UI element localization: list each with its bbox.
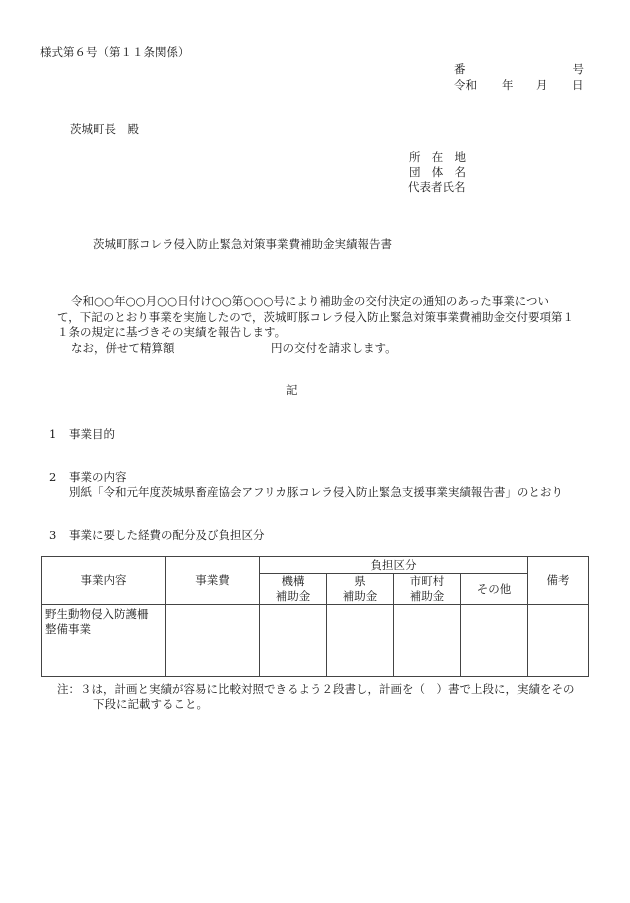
expense-table: 事業内容 事業費 負担区分 備考 機構補助金 県補助金 市町村補助金 その他 野… xyxy=(41,556,589,677)
header-burden-group: 負担区分 xyxy=(260,557,528,574)
body-line-4a: なお，併せて精算額 xyxy=(71,341,175,356)
cell-shichoson xyxy=(394,605,461,677)
header-shichoson: 市町村補助金 xyxy=(394,574,461,605)
body-line-3: １条の規定に基づきその実績を報告します。 xyxy=(57,325,286,340)
addressee: 茨城町長 殿 xyxy=(70,122,139,137)
cell-remarks xyxy=(528,605,589,677)
document-title: 茨城町豚コレラ侵入防止緊急対策事業費補助金実績報告書 xyxy=(93,237,392,252)
header-ken: 県補助金 xyxy=(327,574,394,605)
date-month: 月 xyxy=(536,78,548,93)
section-1-title: 事業目的 xyxy=(69,427,115,442)
applicant-address-label: 所 在 地 xyxy=(409,150,466,165)
number-line: 番 号 xyxy=(454,62,584,77)
section-2-detail: 別紙「令和元年度茨城県畜産協会アフリカ豚コレラ侵入防止緊急支援事業実績報告書」の… xyxy=(69,485,563,500)
cell-cost xyxy=(166,605,260,677)
note-line-2: 下段に記載すること。 xyxy=(93,697,208,712)
header-content: 事業内容 xyxy=(42,557,166,605)
applicant-org-label: 団 体 名 xyxy=(409,165,466,180)
body-line-1: 令和○○年○○月○○日付け○○第○○○号により補助金の交付決定の通知のあった事業… xyxy=(71,294,549,309)
header-other: その他 xyxy=(461,574,528,605)
form-number: 様式第６号（第１１条関係） xyxy=(40,45,190,60)
header-remarks: 備考 xyxy=(528,557,589,605)
section-2-num: 2 xyxy=(49,470,56,485)
body-line-4b: 円の交付を請求します。 xyxy=(271,341,397,356)
body-line-2: て，下記のとおり事業を実施したので，茨城町豚コレラ侵入防止緊急対策事業費補助金交… xyxy=(57,310,574,325)
applicant-rep-label: 代表者氏名 xyxy=(408,180,466,195)
section-1-num: 1 xyxy=(49,427,56,442)
header-cost: 事業費 xyxy=(166,557,260,605)
note-line-1: 注：３は，計画と実績が容易に比較対照できるよう２段書し，計画を（ ）書で上段に，… xyxy=(57,682,575,697)
cell-other xyxy=(461,605,528,677)
section-2-title: 事業の内容 xyxy=(69,470,127,485)
cell-kiko xyxy=(260,605,327,677)
number-suffix: 号 xyxy=(573,62,585,77)
date-year: 年 xyxy=(502,78,514,93)
section-3-title: 事業に要した経費の配分及び負担区分 xyxy=(69,528,265,543)
table-row: 野生動物侵入防護柵整備事業 xyxy=(42,605,589,677)
header-kiko: 機構補助金 xyxy=(260,574,327,605)
cell-ken xyxy=(327,605,394,677)
cell-content: 野生動物侵入防護柵整備事業 xyxy=(42,605,166,677)
ki-label: 記 xyxy=(286,383,298,398)
date-era: 令和 xyxy=(454,78,477,93)
section-3-num: 3 xyxy=(49,528,56,543)
number-label: 番 xyxy=(454,62,466,77)
date-day: 日 xyxy=(572,78,584,93)
